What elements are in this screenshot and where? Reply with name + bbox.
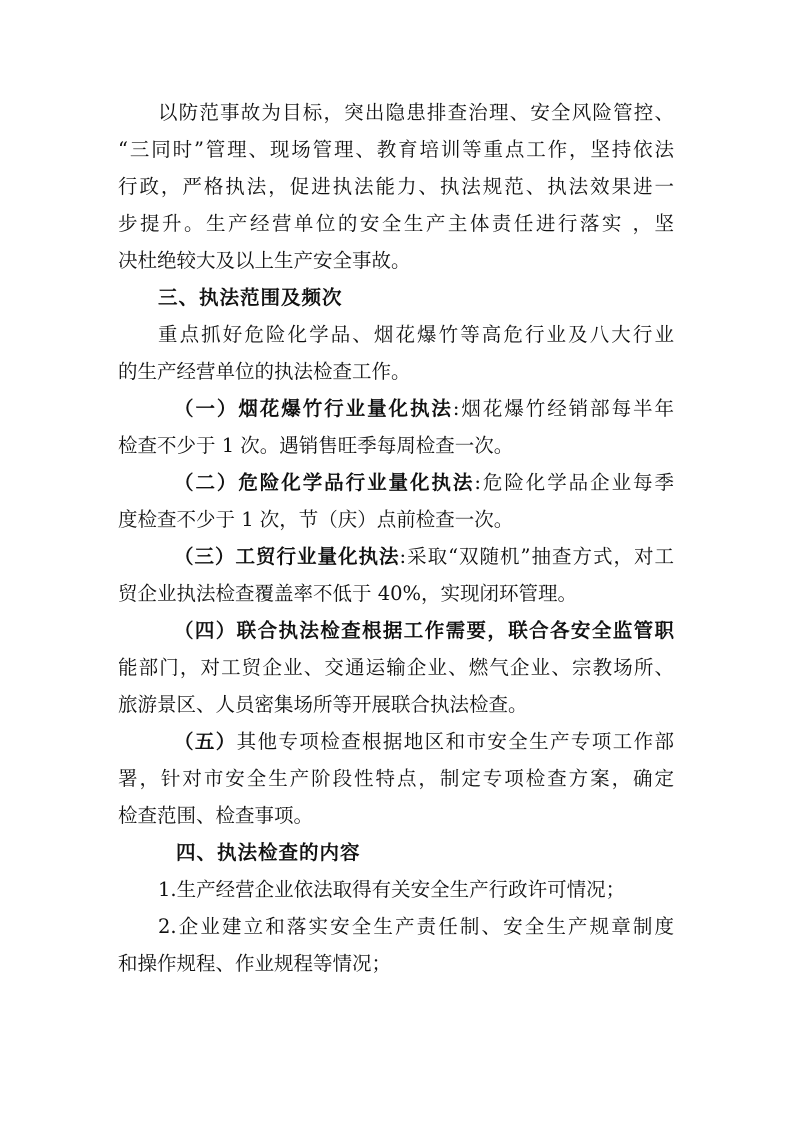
section-3: 三、执法范围及频次 重点抓好危险化学品、烟花爆竹等高危行业及八大行业 的生产经营… (118, 279, 674, 834)
text-line: 的生产经营单位的执法检查工作。 (118, 353, 674, 390)
list-item: （五）其他专项检查根据地区和市安全生产专项工作部 署，针对市安全生产阶段性特点，… (118, 723, 674, 834)
text-line: “三同时”管理、现场管理、教育培训等重点工作，坚持依法 (118, 131, 674, 168)
text-line: 决杜绝较大及以上生产安全事故。 (118, 242, 674, 279)
text-line: 检查不少于 1 次。遇销售旺季每周检查一次。 (118, 427, 674, 464)
text-line: 度检查不少于 1 次，节（庆）点前检查一次。 (118, 501, 674, 538)
text-line: 署，针对市安全生产阶段性特点，制定专项检查方案，确定 (118, 760, 674, 797)
text-line: （二）危险化学品行业量化执法:危险化学品企业每季 (118, 464, 674, 501)
text-line: 2.企业建立和落实安全生产责任制、安全生产规章制度 (118, 908, 674, 945)
item-label: （二）危险化学品行业量化执法 (174, 471, 474, 494)
section-heading: 三、执法范围及频次 (118, 279, 674, 316)
text-line: 和操作规程、作业规程等情况； (118, 945, 674, 982)
text-line: 旅游景区、人员密集场所等开展联合执法检查。 (118, 686, 674, 723)
item-label: （五） (174, 730, 237, 753)
text-line: 贸企业执法检查覆盖率不低于 40%，实现闭环管理。 (118, 575, 674, 612)
text-line: 步提升。生产经营单位的安全生产主体责任进行落实 ，坚 (118, 205, 674, 242)
list-item: （四）联合执法检查根据工作需要，联合各安全监管职 能部门，对工贸企业、交通运输企… (118, 612, 674, 723)
item-label: （一）烟花爆竹行业量化执法 (174, 397, 453, 420)
intro-paragraph: 以防范事故为目标，突出隐患排查治理、安全风险管控、 “三同时”管理、现场管理、教… (118, 94, 674, 279)
text-line: 以防范事故为目标，突出隐患排查治理、安全风险管控、 (118, 94, 674, 131)
text-line: 行政，严格执法，促进执法能力、执法规范、执法效果进一 (118, 168, 674, 205)
text-line: 1.生产经营企业依法取得有关安全生产行政许可情况； (118, 871, 674, 908)
item-label: （三）工贸行业量化执法 (174, 545, 400, 568)
document-page: 以防范事故为目标，突出隐患排查治理、安全风险管控、 “三同时”管理、现场管理、教… (118, 94, 674, 982)
text-line: 检查范围、检查事项。 (118, 797, 674, 834)
text-line: （一）烟花爆竹行业量化执法:烟花爆竹经销部每半年 (118, 390, 674, 427)
list-item: （一）烟花爆竹行业量化执法:烟花爆竹经销部每半年 检查不少于 1 次。遇销售旺季… (118, 390, 674, 464)
text-line: （三）工贸行业量化执法:采取“双随机”抽查方式，对工 (118, 538, 674, 575)
list-item: （三）工贸行业量化执法:采取“双随机”抽查方式，对工 贸企业执法检查覆盖率不低于… (118, 538, 674, 612)
section-heading: 四、执法检查的内容 (118, 834, 674, 871)
text-line: 重点抓好危险化学品、烟花爆竹等高危行业及八大行业 (118, 316, 674, 353)
section-4: 四、执法检查的内容 1.生产经营企业依法取得有关安全生产行政许可情况； 2.企业… (118, 834, 674, 982)
list-item: （二）危险化学品行业量化执法:危险化学品企业每季 度检查不少于 1 次，节（庆）… (118, 464, 674, 538)
text-line: 能部门，对工贸企业、交通运输企业、燃气企业、宗教场所、 (118, 649, 674, 686)
text-line: （五）其他专项检查根据地区和市安全生产专项工作部 (118, 723, 674, 760)
text-line: （四）联合执法检查根据工作需要，联合各安全监管职 (118, 612, 674, 649)
